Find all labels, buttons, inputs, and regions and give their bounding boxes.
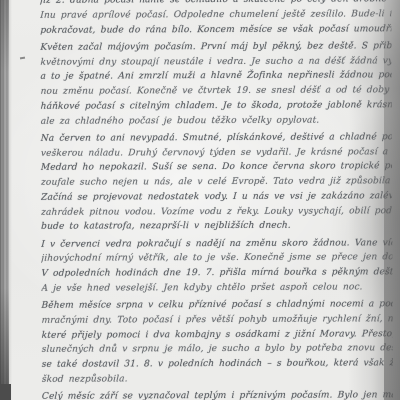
handwritten-line: Medard ho nepokazil. Suší se sena. Do ko… xyxy=(41,159,393,175)
handwritten-line: se také dostavil 31. 8. v poledních hodi… xyxy=(41,356,393,372)
page-binding-edge xyxy=(0,0,9,400)
line-text: A je vše hned veselejší. Jen kdyby chtěl… xyxy=(41,282,363,293)
handwritten-line: zoufale sucho nejen u nás, ale v celé Ev… xyxy=(41,174,393,190)
handwritten-line: ale za chladného počasí je budou těžko v… xyxy=(40,113,392,129)
line-text: květnovými dny stoupají neustále i vedra… xyxy=(40,56,392,68)
line-text: škod nezpůsobila. xyxy=(42,374,128,384)
handwritten-line: 5.Květen začal májovým počasím. První má… xyxy=(40,39,392,55)
paragraph-6: 6.Na červen to ani nevypadá. Smutné, plí… xyxy=(41,130,392,235)
bottom-left-dark-corner xyxy=(0,384,11,400)
line-text: Medard ho nepokazil. Suší se sena. Do ko… xyxy=(41,161,393,173)
handwritten-line: škod nezpůsobila. xyxy=(41,371,393,387)
line-text: mračnými dny. Toto počasí i přes větší p… xyxy=(41,314,393,326)
margin-mark xyxy=(20,57,25,60)
handwritten-line: bude to katastrofa, nezaprší-li v nejbli… xyxy=(41,218,393,234)
handwritten-line: Začíná se projevovat nedostatek vody. I … xyxy=(41,189,393,205)
line-text: nou změnu počasí. Konečně ve čtvrtek 19.… xyxy=(40,85,392,97)
binding-gap-shadow xyxy=(9,0,12,400)
handwritten-line: a to je špatné. Ani zmrzlí muži a hlavně… xyxy=(40,68,392,84)
handwritten-text-block: již 2. dubna počasí náhle se ochladilo a… xyxy=(40,0,393,400)
line-text: Květen začal májovým počasím. První máj … xyxy=(40,41,392,53)
line-text: Začíná se projevovat nedostatek vody. I … xyxy=(41,191,393,203)
line-text: Celý měsíc září se vyznačoval teplým i p… xyxy=(42,390,394,400)
paragraph-7: 7.I v červenci vedra pokračují s nadějí … xyxy=(41,236,392,297)
line-text: veškerou náladu. Druhý červnový týden se… xyxy=(41,147,393,159)
line-text: Inu pravé aprílové počasí. Odpoledne chu… xyxy=(40,9,392,21)
handwritten-line: V odpoledních hodinách dne 19. 7. přišla… xyxy=(41,265,393,281)
line-text: a to je špatné. Ani zmrzlí muži a hlavně… xyxy=(40,70,392,82)
handwritten-line: Inu pravé aprílové počasí. Odpoledne chu… xyxy=(40,7,392,23)
line-text: Na červen to ani nevypadá. Smutné, plísk… xyxy=(41,132,393,144)
handwritten-line: 6.Na červen to ani nevypadá. Smutné, plí… xyxy=(40,130,392,146)
line-text: slunečných dnů v srpnu je málo, je sucho… xyxy=(41,343,393,355)
handwritten-line: jihovýchodní mírný větřík, ale to je vše… xyxy=(41,250,393,266)
line-text: jihovýchodní mírný větřík, ale to je vše… xyxy=(41,252,393,264)
line-text: se také dostavil 31. 8. v poledních hodi… xyxy=(42,358,394,370)
paragraph-continuation: již 2. dubna počasí náhle se ochladilo a… xyxy=(40,0,391,38)
line-text: zoufale sucho nejen u nás, ale v celé Ev… xyxy=(41,176,393,188)
line-text: V odpoledních hodinách dne 19. 7. přišla… xyxy=(41,267,393,279)
line-text: ale za chladného počasí je budou těžko v… xyxy=(40,115,319,126)
handwritten-line: pokračovat, bude do rána bílo. Koncem mě… xyxy=(40,22,392,38)
handwritten-line: slunečných dnů v srpnu je málo, je sucho… xyxy=(41,341,393,357)
handwritten-line: nou změnu počasí. Konečně ve čtvrtek 19.… xyxy=(40,83,392,99)
line-text: pokračovat, bude do rána bílo. Koncem mě… xyxy=(40,23,392,35)
line-text: Během měsíce srpna v celku příznivé poča… xyxy=(41,299,393,311)
handwritten-line: 8.Během měsíce srpna v celku příznivé po… xyxy=(41,297,393,313)
handwritten-line: A je vše hned veselejší. Jen kdyby chtěl… xyxy=(41,280,393,296)
handwritten-line: háňkové počasí s citelným chladem. Je to… xyxy=(40,98,392,114)
scanned-page: již 2. dubna počasí náhle se ochladilo a… xyxy=(0,0,400,400)
handwritten-line: mračnými dny. Toto počasí i přes větší p… xyxy=(41,312,393,328)
line-text: již 2. dubna počasí náhle se ochladilo a… xyxy=(40,0,392,6)
line-text: I v červenci vedra pokračují s nadějí na… xyxy=(41,238,393,250)
paragraph-5: 5.Květen začal májovým počasím. První má… xyxy=(40,39,391,129)
line-text: které přijely pomoci i dva kombajny s os… xyxy=(41,329,393,341)
paragraph-9: 9.Celý měsíc září se vyznačoval teplým i… xyxy=(42,388,393,400)
paragraph-8: 8.Během měsíce srpna v celku příznivé po… xyxy=(41,297,392,387)
line-text: zahrádek pitnou vodou. Vozíme vodu z řek… xyxy=(41,206,393,218)
handwritten-line: 9.Celý měsíc září se vyznačoval teplým i… xyxy=(42,388,394,400)
line-text: bude to katastrofa, nezaprší-li v nejbli… xyxy=(41,221,291,232)
line-text: háňkové počasí s citelným chladem. Je to… xyxy=(40,100,392,112)
